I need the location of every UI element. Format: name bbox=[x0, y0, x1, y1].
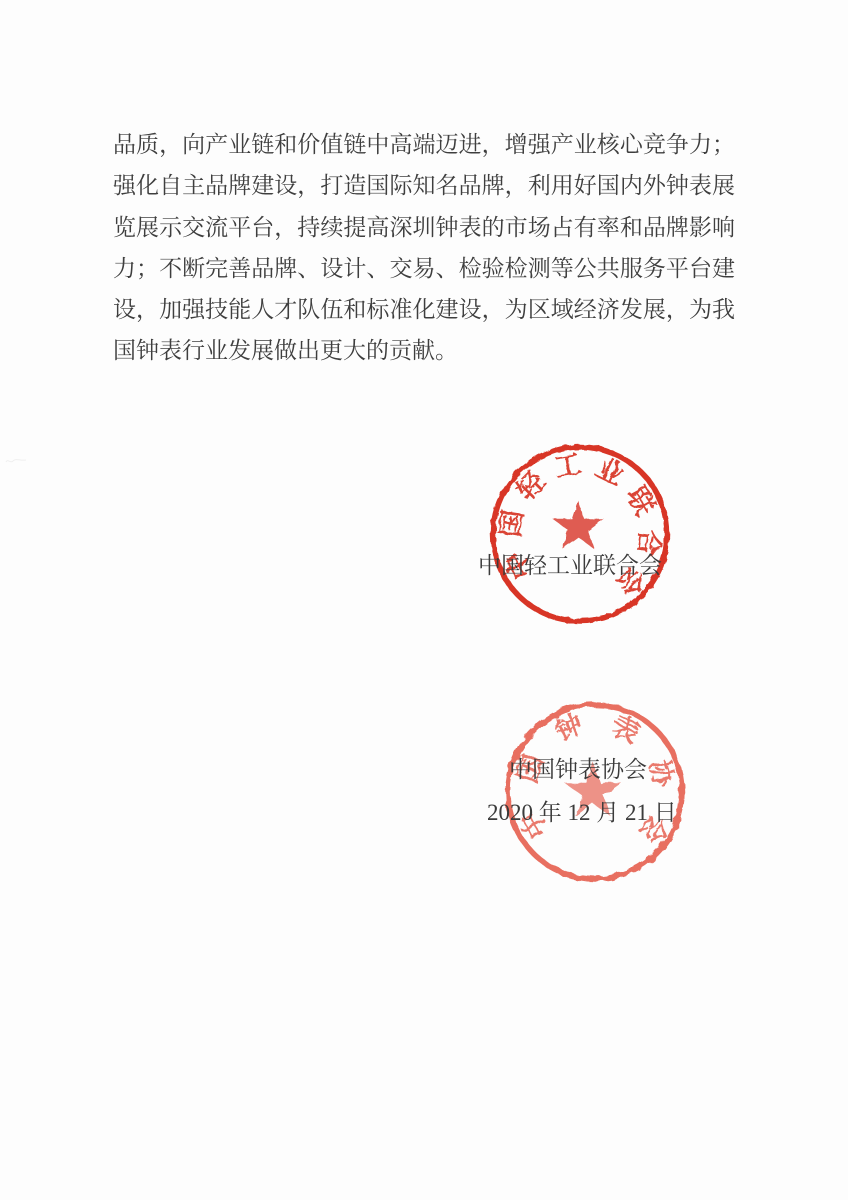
body-text-line: 力；不断完善品牌、设计、交易、检验检测等公共服务平台建 bbox=[113, 248, 735, 289]
body-text-line: 品质，向产业链和价值链中高端迈进，增强产业核心竞争力； bbox=[113, 124, 735, 165]
seal-ring-char: 工 bbox=[552, 449, 584, 483]
body-text-line: 国钟表行业发展做出更大的贡献。 bbox=[113, 330, 735, 371]
seal-ring-char: 国 bbox=[495, 508, 529, 539]
document-page: 品质，向产业链和价值链中高端迈进，增强产业核心竞争力； 强化自主品牌建设，打造国… bbox=[0, 0, 848, 1200]
body-text-line: 览展示交流平台，持续提高深圳钟表的市场占有率和品牌影响 bbox=[113, 207, 735, 248]
seal-graphic: 中 国 轻 工 业 联 合 会 bbox=[480, 434, 680, 634]
scan-artifact-mark bbox=[4, 452, 28, 468]
body-text-line: 强化自主品牌建设，打造国际知名品牌，利用好国内外钟表展 bbox=[113, 165, 735, 206]
official-seal-light-industry-council: 中 国 轻 工 业 联 合 会 bbox=[480, 434, 680, 634]
star-icon bbox=[552, 500, 603, 549]
body-text-line: 设，加强技能人才队伍和标准化建设，为区域经济发展，为我 bbox=[113, 289, 735, 330]
signature-date: 2020 年 12 月 21 日 bbox=[487, 794, 677, 827]
seal-graphic: 中 国 钟 表 协 会 bbox=[495, 692, 695, 892]
seal-ring-char: 协 bbox=[643, 756, 680, 791]
signature-org-name-horologe: 中国钟表协会 bbox=[509, 751, 647, 784]
signature-org-name-light-industry: 中国轻工业联合会 bbox=[478, 547, 662, 580]
body-paragraph: 品质，向产业链和价值链中高端迈进，增强产业核心竞争力； 强化自主品牌建设，打造国… bbox=[113, 124, 735, 372]
official-seal-horologe-association: 中 国 钟 表 协 会 bbox=[495, 692, 695, 892]
